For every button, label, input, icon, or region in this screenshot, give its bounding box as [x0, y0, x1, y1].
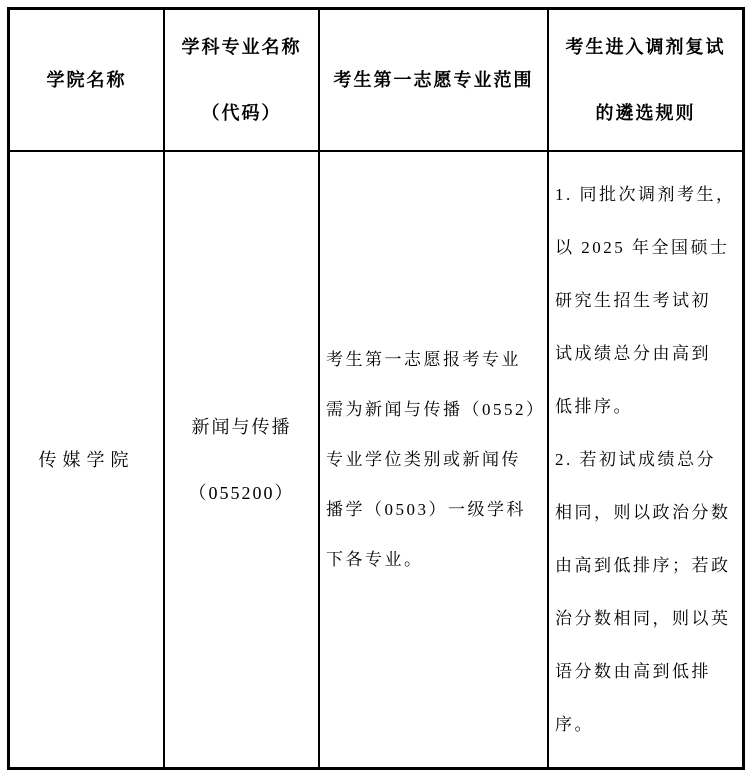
text-line: 考生进入调剂复试 [566, 14, 726, 80]
text-line: 下各专业。 [326, 535, 541, 585]
cell-selection-rules: 1. 同批次调剂考生，以 2025 年全国硕士研究生招生考试初试成绩总分由高到低… [549, 152, 742, 767]
text-line: 传媒学院 [39, 427, 135, 493]
text-line: 学院名称 [47, 47, 127, 113]
cell-first-choice-scope: 考生第一志愿报考专业需为新闻与传播（0552）专业学位类别或新闻传播学（0503… [320, 152, 549, 767]
text-line: 需为新闻与传播（0552） [326, 385, 541, 435]
header-first-choice-scope: 考生第一志愿专业范围 [320, 10, 549, 152]
text-line: 以 2025 年全国硕士 [555, 221, 736, 274]
text-line: 相同，则以政治分数 [555, 486, 736, 539]
document-page: 学院名称 学科专业名称（代码） 考生第一志愿专业范围 考生进入调剂复试的遴选规则… [0, 0, 754, 778]
text-line: 学科专业名称 [182, 14, 302, 80]
cell-college-name: 传媒学院 [10, 152, 165, 767]
text-line: 专业学位类别或新闻传 [326, 435, 541, 485]
text-line: 新闻与传播 [192, 394, 292, 460]
text-line: （代码） [202, 80, 282, 146]
text-line: 由高到低排序；若政 [555, 539, 736, 592]
header-major-name-code: 学科专业名称（代码） [165, 10, 320, 152]
header-college-name: 学院名称 [10, 10, 165, 152]
header-selection-rules: 考生进入调剂复试的遴选规则 [549, 10, 742, 152]
text-line: 考生第一志愿报考专业 [326, 335, 541, 385]
text-line: 低排序。 [555, 380, 736, 433]
text-line: 试成绩总分由高到 [555, 327, 736, 380]
text-line: 2. 若初试成绩总分 [555, 433, 736, 486]
text-line: 的遴选规则 [596, 80, 696, 146]
text-line: 1. 同批次调剂考生， [555, 168, 736, 221]
text-line: 研究生招生考试初 [555, 274, 736, 327]
text-line: 播学（0503）一级学科 [326, 485, 541, 535]
text-line: 考生第一志愿专业范围 [334, 47, 534, 113]
cell-major-name-code: 新闻与传播（055200） [165, 152, 320, 767]
text-line: 治分数相同，则以英 [555, 592, 736, 645]
text-line: 序。 [555, 698, 736, 751]
reexam-selection-rules-table: 学院名称 学科专业名称（代码） 考生第一志愿专业范围 考生进入调剂复试的遴选规则… [7, 7, 745, 770]
text-line: 语分数由高到低排 [555, 645, 736, 698]
text-line: （055200） [189, 460, 295, 526]
